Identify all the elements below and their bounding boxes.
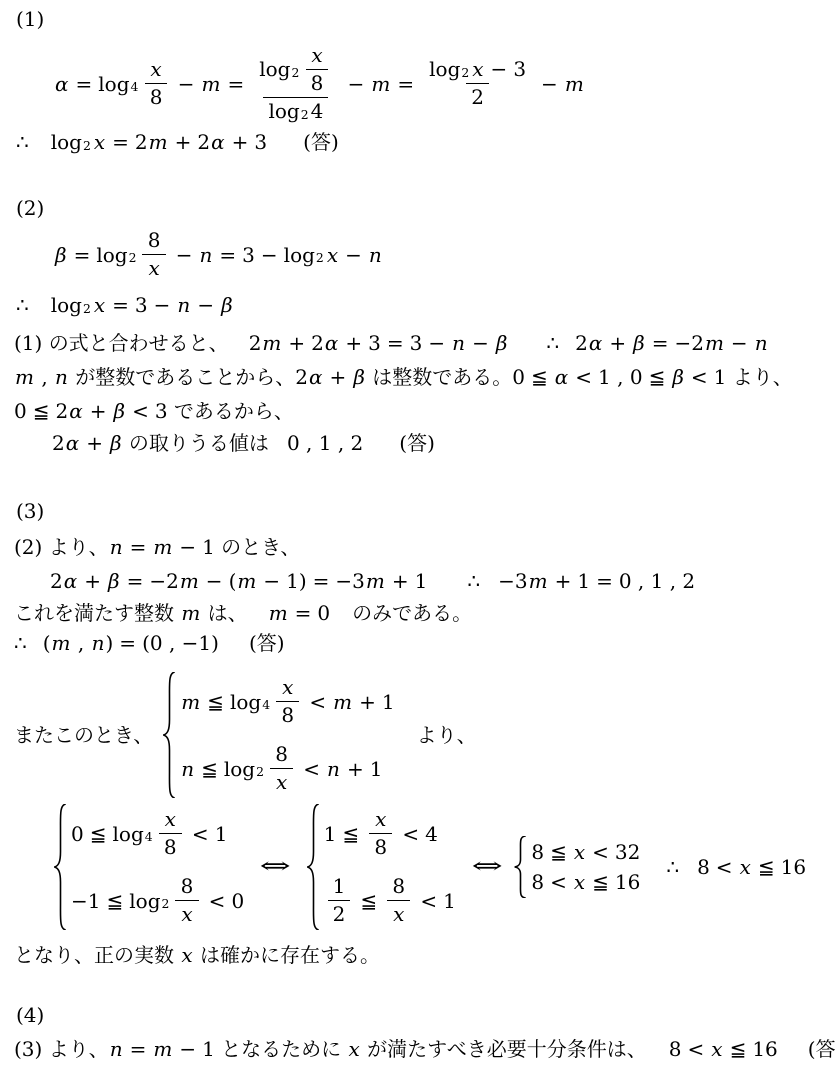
math-text: 1 [215,822,228,846]
math-text: (答) [808,1037,836,1061]
math-text: 2 [311,331,324,355]
range-line: 0≦2α+β<3 であるから、 [14,398,836,424]
fraction: log2x8log24 [254,44,337,123]
cases-rows: 0≦log4x8<1−1≦log28x<0 [71,808,244,926]
math-operator: + [555,569,572,593]
function-name: log [429,58,460,81]
cases-rows: 1≦x8<412≦8x<1 [324,808,456,926]
math-text: であるから、 [168,399,294,423]
math-var: x [181,943,192,967]
part3-condition-line: (2) より、n=m−1 のとき、 [14,534,836,560]
math-text: 2 [197,130,210,154]
math-operator: = [130,535,147,559]
function-name: log [96,243,127,267]
math-operator: ≦ [90,822,107,846]
fraction-numerator: x [369,808,392,833]
math-text: 8 [281,704,294,727]
spacer [395,735,417,736]
function-name: log [230,690,261,714]
math-text: 8 [181,875,194,898]
math-var: β [110,431,122,455]
function-name: log [224,757,255,781]
subscript: 2 [301,108,309,122]
math-var: m [705,331,724,355]
spacer [640,867,666,868]
math-text: が整数であることから、 [69,365,295,389]
math-text: (2) より、 [14,535,109,559]
math-var: m [333,690,352,714]
math-text: 1 [443,889,456,913]
math-text: 8 [275,743,288,766]
math-var: β [55,243,67,267]
math-var: m [371,72,390,96]
math-text: ∴ [14,631,27,655]
math-text: 1 [370,757,383,781]
math-operator: + [392,569,409,593]
spacer [330,613,352,614]
math-operator: < [209,889,226,913]
math-operator: = [295,601,312,625]
fraction: 8x [387,875,410,926]
math-var: β [633,331,645,355]
math-text: 1 [714,365,727,389]
math-operator: ≦ [207,690,224,714]
spacer [559,343,575,344]
math-text: 0 , 1 , 2 [287,431,363,455]
math-text: 16 [781,855,806,879]
math-text: またこのとき、 [14,723,153,747]
part3-equivalence-chain: 0≦log4x8<1−1≦log28x<0⇔1≦x8<412≦8x<1⇔8≦x<… [54,804,836,930]
case-row: −1≦log28x<0 [71,875,244,926]
math-text: , [35,365,54,389]
math-text: 3 [135,293,148,317]
math-operator: = [119,631,136,655]
math-var: n [327,757,340,781]
math-text: 3 [242,243,255,267]
left-brace-icon [514,836,527,898]
spacer [229,343,249,344]
math-text: 16 [752,1037,777,1061]
math-text: 1 [598,365,611,389]
math-text: の取りうる値は [123,431,269,455]
math-text: 0 , 1 , 2 [619,569,695,593]
integer-argument-line: m , n が整数であることから、2α+β は整数である。0≦α<1 , 0≦β… [14,364,836,390]
spacer [153,735,163,736]
math-var: x [472,58,483,81]
part1-equation: α=log4x8−m=log2x8log24−m=log2x−32−m [54,44,836,123]
fraction-denominator: x [387,900,410,926]
math-operator: < [420,889,437,913]
math-text: 1 [577,569,590,593]
fraction-numerator: 8 [143,229,166,254]
math-var: m [52,631,71,655]
fraction-denominator: log24 [263,97,328,123]
math-operator: − [197,293,214,317]
math-var: x [574,840,585,864]
math-var: m [366,569,385,593]
math-var: x [165,808,176,831]
subscript: 2 [162,897,170,912]
math-text: −2 [149,569,178,593]
math-var: α [309,365,323,389]
subscript: 4 [262,698,270,713]
math-operator: < [592,840,609,864]
math-operator: − [178,72,195,96]
cases-group: 0≦log4x8<1−1≦log28x<0 [54,804,244,930]
math-text: 8 [697,855,710,879]
spacer [679,867,697,868]
math-text: 8 [669,1037,682,1061]
math-operator: + [288,331,305,355]
math-text: ) [299,569,307,593]
part1-label: (1) [16,6,836,32]
fraction-denominator: 8 [369,833,392,859]
function-name: log [259,58,290,81]
math-operator: − [731,331,748,355]
math-var: β [353,365,365,389]
math-text: (答) [249,631,285,655]
fraction-denominator: 8 [145,83,168,109]
fraction: x8 [144,58,167,109]
math-operator: ≦ [342,822,359,846]
fraction-numerator: 8 [176,875,199,900]
spacer [480,581,498,582]
math-text: (0 , −1) [142,631,219,655]
fraction-denominator: 2 [328,900,351,926]
math-text: 3 [254,130,267,154]
subscript: 2 [461,66,469,80]
math-operator: ≦ [730,1037,747,1061]
math-text: 2 [333,903,346,926]
subscript: 2 [83,139,91,154]
part2-equation: β=log28x−n=3−log2x−n [54,229,836,280]
math-text: ( [229,569,237,593]
cases-rows: m≦log4x8<m+1n≦log28x<n+1 [180,676,394,794]
function-name: log [284,243,315,267]
iff-arrow-icon: ⇔ [260,854,291,880]
fraction: x8 [369,808,392,859]
fraction-numerator: x [144,58,167,83]
math-text: 1 [333,875,346,898]
spacer [508,343,546,344]
math-text: ∴ [467,569,480,593]
fraction-denominator: 8 [306,69,329,95]
math-operator: ≦ [550,840,567,864]
math-var: x [375,808,386,831]
math-var: x [94,293,105,317]
math-text: 0 [71,822,84,846]
math-text: 2 [135,130,148,154]
math-var: n [55,365,68,389]
subscript: 4 [131,80,139,95]
math-var: n [200,243,213,267]
math-var: m [237,569,256,593]
function-name: log [98,72,129,96]
fraction-numerator: log2x−3 [424,58,531,83]
part3-equation: 2α+β=−2m−(m−1)=−3m+1∴−3m+1=0 , 1 , 2 [50,568,836,594]
math-var: x [311,44,322,67]
math-operator: ≦ [649,365,666,389]
math-var: x [150,58,161,81]
fraction-numerator: 1 [328,875,351,900]
spacer [248,613,268,614]
math-text: 8 [392,875,405,898]
math-var: m [181,601,200,625]
math-operator: − [206,569,223,593]
function-name: log [113,822,144,846]
fraction: 12 [328,875,351,926]
math-var: x [574,870,585,894]
math-text: 3 [155,399,168,423]
math-operator: − [154,293,171,317]
math-operator: = [112,130,129,154]
math-text: 2 [295,365,308,389]
math-operator: < [303,757,320,781]
fraction: x8 [159,808,182,859]
math-text: −2 [674,331,703,355]
math-var: n [452,331,465,355]
math-text: 0 [630,365,643,389]
math-operator: = [227,72,244,96]
math-text: (1) の式と合わせると、 [14,331,229,355]
math-var: α [211,130,225,154]
math-operator: < [575,365,592,389]
math-text: 2 [52,431,65,455]
math-operator: + [232,130,249,154]
part2-label: (2) [16,195,836,221]
math-var: x [94,130,105,154]
part2-result: ∴log2x=3−n−β [16,292,836,318]
math-var: m [180,569,199,593]
math-text: は整数である。 [366,365,512,389]
math-var: α [589,331,603,355]
math-var: n [369,243,382,267]
math-var: m [181,690,200,714]
fraction-numerator: x [305,44,328,69]
math-operator: = [652,331,669,355]
part3-integer-m-line: これを満たす整数 m は、m=0のみである。 [14,600,836,626]
math-text: 1 [202,535,215,559]
math-operator: − [179,1037,196,1061]
fraction-numerator: 8 [270,743,293,768]
math-text: (答) [303,130,339,154]
spacer [219,643,249,644]
math-var: α [555,365,569,389]
math-var: α [325,331,339,355]
math-operator: = [219,243,236,267]
left-brace-icon [54,804,67,930]
fraction-numerator: x [276,676,299,701]
case-row: 1≦x8<4 [324,808,456,859]
math-text: 2 [249,331,262,355]
math-text: が満たすべき必要十分条件は、 [361,1037,647,1061]
fraction-denominator: x [270,768,293,794]
math-var: β [114,399,126,423]
math-operator: ≦ [531,365,548,389]
math-var: x [349,1037,360,1061]
math-var: α [69,399,83,423]
math-text: 8 [150,86,163,109]
math-operator: ≦ [592,870,609,894]
math-text: 3 [513,58,526,81]
math-text: −3 [335,569,364,593]
math-operator: < [550,870,567,894]
math-var: x [711,1037,722,1061]
math-operator: ≦ [758,855,775,879]
math-operator: − [428,331,445,355]
math-operator: + [609,331,626,355]
function-name: log [129,889,160,913]
spacer [269,443,287,444]
math-text: 2 [56,399,69,423]
math-var: n [181,757,194,781]
math-text: 3 [410,331,423,355]
fraction-denominator: x [175,900,198,926]
math-var: m [153,1037,172,1061]
math-operator: = [127,569,144,593]
fraction-denominator: 8 [159,833,182,859]
math-var: n [177,293,190,317]
subscript: 4 [145,830,153,845]
math-operator: − [541,72,558,96]
fraction-numerator: 8 [387,875,410,900]
math-var: α [55,72,69,96]
math-operator: − [179,535,196,559]
function-name: log [51,130,82,154]
left-brace-icon [307,804,320,930]
math-text: 16 [615,870,640,894]
fraction-denominator: 8 [276,701,299,727]
fraction: log2x−32 [424,58,531,109]
math-var: m [262,331,281,355]
math-operator: ≦ [201,757,218,781]
subscript: 2 [83,302,91,317]
math-operator: < [309,690,326,714]
spacer [456,867,464,868]
math-text: となるために [215,1037,348,1061]
fraction-numerator: log2x8 [254,44,337,97]
math-operator: + [359,690,376,714]
subscript: 2 [316,251,324,266]
math-operator: = [596,569,613,593]
part3-label: (3) [16,498,836,524]
math-text: 2 [471,86,484,109]
math-text: のみである。 [352,601,472,625]
combine-equations-line: (1) の式と合わせると、2m+2α+3=3−n−β∴2α+β=−2m−n [14,330,836,356]
math-var: β [496,331,508,355]
math-operator: ≦ [33,399,50,423]
math-text: 4 [311,100,324,123]
math-var: n [110,535,123,559]
math-var: m [149,130,168,154]
math-text: 0 [512,365,525,389]
math-operator: + [175,130,192,154]
math-operator: < [402,822,419,846]
subscript: 2 [129,251,137,266]
math-var: m [201,72,220,96]
math-text: , [611,365,630,389]
math-operator: < [688,1037,705,1061]
math-var: x [327,243,338,267]
math-operator: + [345,331,362,355]
fraction-numerator: x [159,808,182,833]
solution-page: (1)α=log4x8−m=log2x8log24−m=log2x−32−m∴l… [0,0,836,1085]
spacer [29,305,51,306]
function-name: log [51,293,82,317]
math-var: m [565,72,584,96]
math-operator: − [345,243,362,267]
math-text: 2 [50,569,63,593]
math-operator: = [76,72,93,96]
fraction: x8 [305,44,328,95]
part3-existence-line: となり、正の実数 x は確かに存在する。 [14,942,836,968]
math-var: m [269,601,288,625]
math-text: ∴ [546,331,559,355]
case-row: m≦log4x8<m+1 [180,676,394,727]
cases-group: 1≦x8<412≦8x<1 [307,804,456,930]
math-text: 8 [148,229,161,252]
iff-arrow-icon: ⇔ [471,854,502,880]
case-row: 8≦x<32 [531,840,640,864]
math-operator: = [387,331,404,355]
subscript: 2 [291,66,299,80]
math-operator: < [132,399,149,423]
math-text: ) [105,631,113,655]
math-operator: + [86,431,103,455]
spacer [427,581,467,582]
case-row: 0≦log4x8<1 [71,808,244,859]
function-name: log [268,100,299,123]
case-row: n≦log28x<n+1 [180,743,394,794]
math-operator: < [716,855,733,879]
math-var: β [221,293,233,317]
math-var: x [393,903,404,926]
math-operator: − [176,243,193,267]
math-operator: ≦ [106,889,123,913]
math-text: 4 [425,822,438,846]
part4-label: (4) [16,1002,836,1028]
fraction: x8 [276,676,299,727]
math-operator: ≦ [360,889,377,913]
part3-mn-answer: ∴(m , n)=(0 , −1)(答) [14,630,836,656]
math-var: x [740,855,751,879]
math-var: n [92,631,105,655]
math-operator: < [192,822,209,846]
math-text: ∴ [16,130,29,154]
math-var: x [181,903,192,926]
case-row: 12≦8x<1 [324,875,456,926]
math-text: は確かに存在する。 [194,943,380,967]
fraction-denominator: 2 [466,83,489,109]
part3-cases-condition: またこのとき、m≦log4x8<m+1n≦log28x<n+1より、 [14,672,836,798]
math-text: 1 [202,1037,215,1061]
math-text: 8 [531,870,544,894]
math-text: のとき、 [215,535,301,559]
math-operator: − [491,58,508,81]
math-text: 0 [317,601,330,625]
spacer [363,443,399,444]
math-text: となり、正の実数 [14,943,180,967]
fraction: 8x [175,875,198,926]
math-text: 3 [368,331,381,355]
math-text: ∴ [666,855,679,879]
math-text: (2) [16,196,44,220]
math-var: α [64,569,78,593]
math-text: (答) [399,431,435,455]
math-text: 0 [14,399,27,423]
case-row: 8<x≦16 [531,870,640,894]
possible-values-answer: 2α+β の取りうる値は0 , 1 , 2(答) [52,430,836,456]
